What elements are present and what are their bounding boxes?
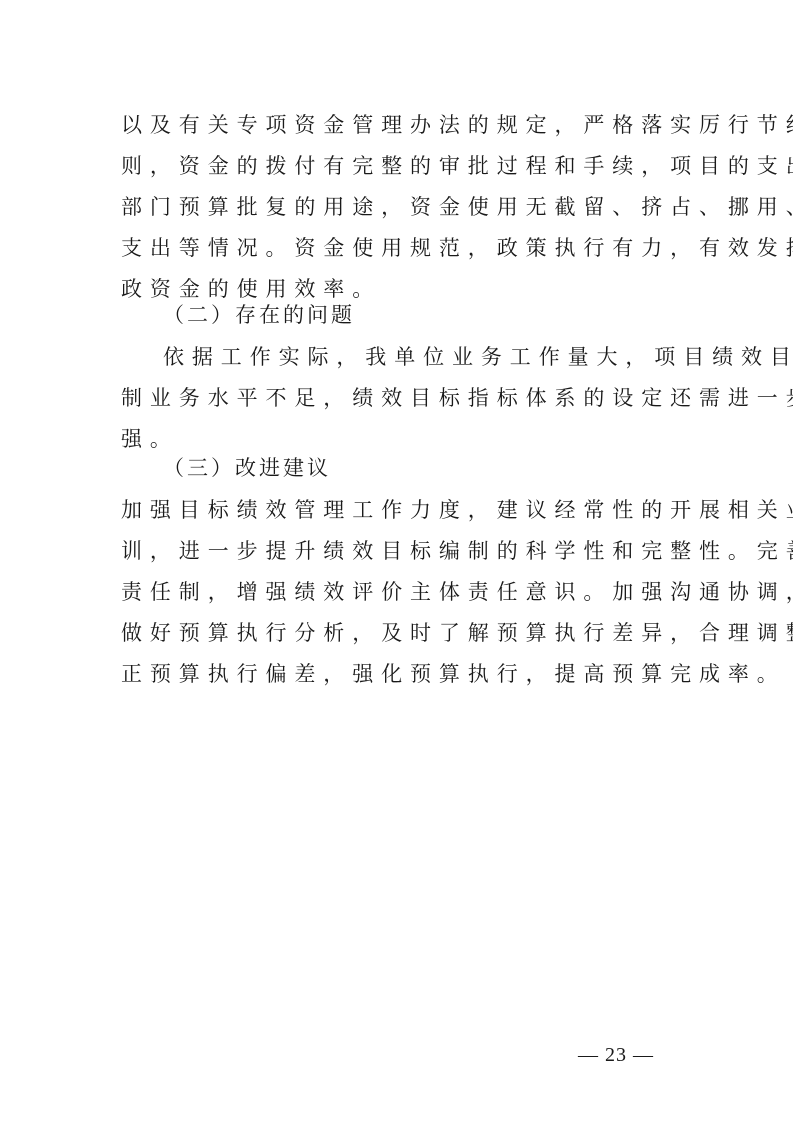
body-text-line: 政资金的使用效率。 — [121, 277, 681, 301]
section-heading-suggestions: （三）改进建议 — [163, 456, 723, 480]
body-text-line: 支出等情况。资金使用规范，政策执行有力，有效发挥了财 — [121, 236, 681, 260]
body-text-line: 责任制，增强绩效评价主体责任意识。加强沟通协调，定期 — [121, 580, 681, 604]
section-heading-problems: （二）存在的问题 — [163, 303, 723, 327]
body-text-line: 依据工作实际，我单位业务工作量大，项目绩效目标编 — [163, 345, 723, 369]
body-text-line: 正预算执行偏差，强化预算执行，提高预算完成率。 — [121, 662, 681, 686]
body-text-line: 制业务水平不足，绩效目标指标体系的设定还需进一步加 — [121, 386, 681, 410]
body-text-line: 部门预算批复的用途，资金使用无截留、挤占、挪用、虚列 — [121, 195, 681, 219]
document-page: 以及有关专项资金管理办法的规定，严格落实厉行节约的原 则，资金的拨付有完整的审批… — [0, 0, 793, 1122]
body-text-line: 训，进一步提升绩效目标编制的科学性和完整性。完善项目 — [121, 539, 681, 563]
body-text-line: 做好预算执行分析，及时了解预算执行差异，合理调整、纠 — [121, 621, 681, 645]
body-text-line: 加强目标绩效管理工作力度，建议经常性的开展相关业务培 — [121, 498, 681, 522]
body-text-line: 强。 — [121, 427, 681, 451]
body-text-line: 则，资金的拨付有完整的审批过程和手续，项目的支出符合 — [121, 154, 681, 178]
page-number: — 23 — — [578, 1044, 654, 1067]
body-text-line: 以及有关专项资金管理办法的规定，严格落实厉行节约的原 — [121, 113, 681, 137]
